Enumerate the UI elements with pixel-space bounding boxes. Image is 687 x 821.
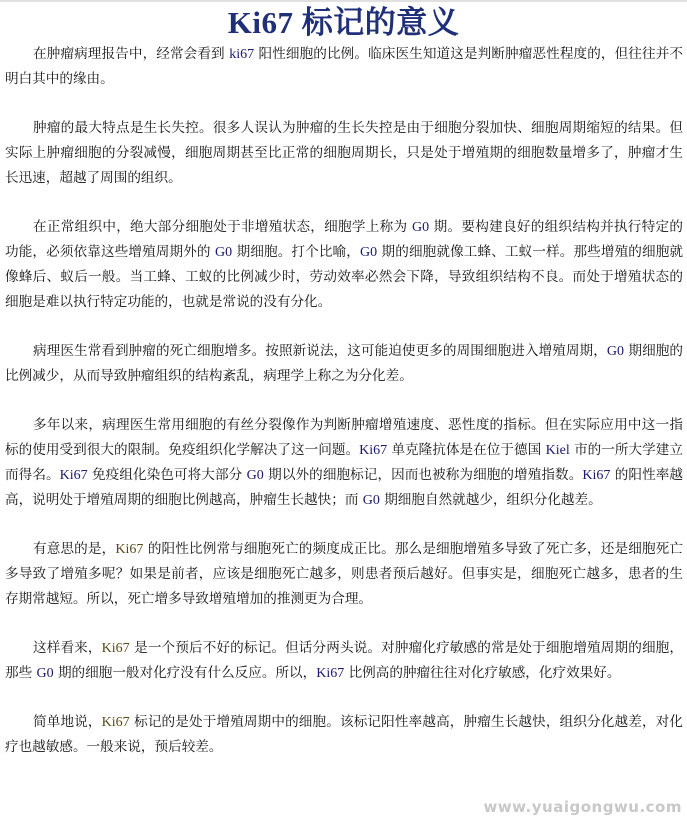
article-paragraph: 多年以来，病理医生常用细胞的有丝分裂像作为判断肿瘤增殖速度、恶性度的指标。但在实… — [5, 413, 683, 513]
page-title: Ki67 标记的意义 — [0, 2, 687, 42]
term-highlight: Ki67 — [316, 666, 344, 681]
term-highlight: G0 — [360, 245, 377, 260]
paragraph-text: 有意思的是， — [33, 541, 115, 557]
article-paragraph: 这样看来，Ki67 是一个预后不好的标记。但话分两头说。对肿瘤化疗敏感的常是处于… — [5, 636, 683, 686]
paragraph-text: 免疫组化染色可将大部分 — [88, 467, 247, 483]
term-highlight: Ki67 — [359, 443, 387, 458]
watermark: www.yuaigongwu.com — [483, 798, 682, 816]
article-paragraph: 在肿瘤病理报告中，经常会看到 ki67 阳性细胞的比例。临床医生知道这是判断肿瘤… — [5, 42, 683, 92]
paragraph-text: 期细胞。打个比喻， — [232, 244, 360, 260]
paragraph-text: 期以外的细胞标记，因而也被称为细胞的增殖指数。 — [264, 467, 583, 483]
term-highlight: ki67 — [229, 47, 254, 62]
paragraph-text: 肿瘤的最大特点是生长失控。很多人误认为肿瘤的生长失控是由于细胞分裂加快、细胞周期… — [5, 120, 683, 186]
term-highlight: Ki67 — [115, 542, 143, 557]
article-body: 在肿瘤病理报告中，经常会看到 ki67 阳性细胞的比例。临床医生知道这是判断肿瘤… — [0, 42, 687, 760]
term-highlight: Ki67 — [102, 715, 130, 730]
term-highlight: G0 — [215, 245, 232, 260]
term-highlight: G0 — [607, 344, 624, 359]
article-paragraph: 简单地说，Ki67 标记的是处于增殖周期中的细胞。该标记阳性率越高，肿瘤生长越快… — [5, 710, 683, 760]
article-paragraph: 肿瘤的最大特点是生长失控。很多人误认为肿瘤的生长失控是由于细胞分裂加快、细胞周期… — [5, 116, 683, 191]
paragraph-text: 期的细胞一般对化疗没有什么反应。所以， — [54, 665, 317, 681]
article-paragraph: 在正常组织中，绝大部分细胞处于非增殖状态，细胞学上称为 G0 期。要构建良好的组… — [5, 215, 683, 315]
paragraph-text: 单克隆抗体是在位于德国 — [387, 442, 546, 458]
paragraph-text: 比例高的肿瘤往往对化疗敏感，化疗效果好。 — [344, 665, 620, 681]
paragraph-text: 期细胞自然就越少，组织分化越差。 — [380, 492, 602, 508]
term-highlight: G0 — [247, 468, 264, 483]
paragraph-text: 病理医生常看到肿瘤的死亡细胞增多。按照新说法，这可能迫使更多的周围细胞进入增殖周… — [33, 343, 607, 359]
article-paragraph: 病理医生常看到肿瘤的死亡细胞增多。按照新说法，这可能迫使更多的周围细胞进入增殖周… — [5, 339, 683, 389]
term-highlight: G0 — [37, 666, 54, 681]
paragraph-text: 在肿瘤病理报告中，经常会看到 — [33, 46, 229, 62]
paragraph-text: 这样看来， — [33, 640, 102, 656]
term-highlight: Ki67 — [60, 468, 88, 483]
term-highlight: Ki67 — [102, 641, 130, 656]
article-paragraph: 有意思的是，Ki67 的阳性比例常与细胞死亡的频度成正比。那么是细胞增殖多导致了… — [5, 537, 683, 612]
term-highlight: G0 — [412, 220, 429, 235]
term-highlight: Kiel — [546, 443, 570, 458]
term-highlight: G0 — [363, 493, 380, 508]
term-highlight: Ki67 — [582, 468, 610, 483]
paragraph-text: 简单地说， — [33, 714, 102, 730]
paragraph-text: 在正常组织中，绝大部分细胞处于非增殖状态，细胞学上称为 — [33, 219, 412, 235]
